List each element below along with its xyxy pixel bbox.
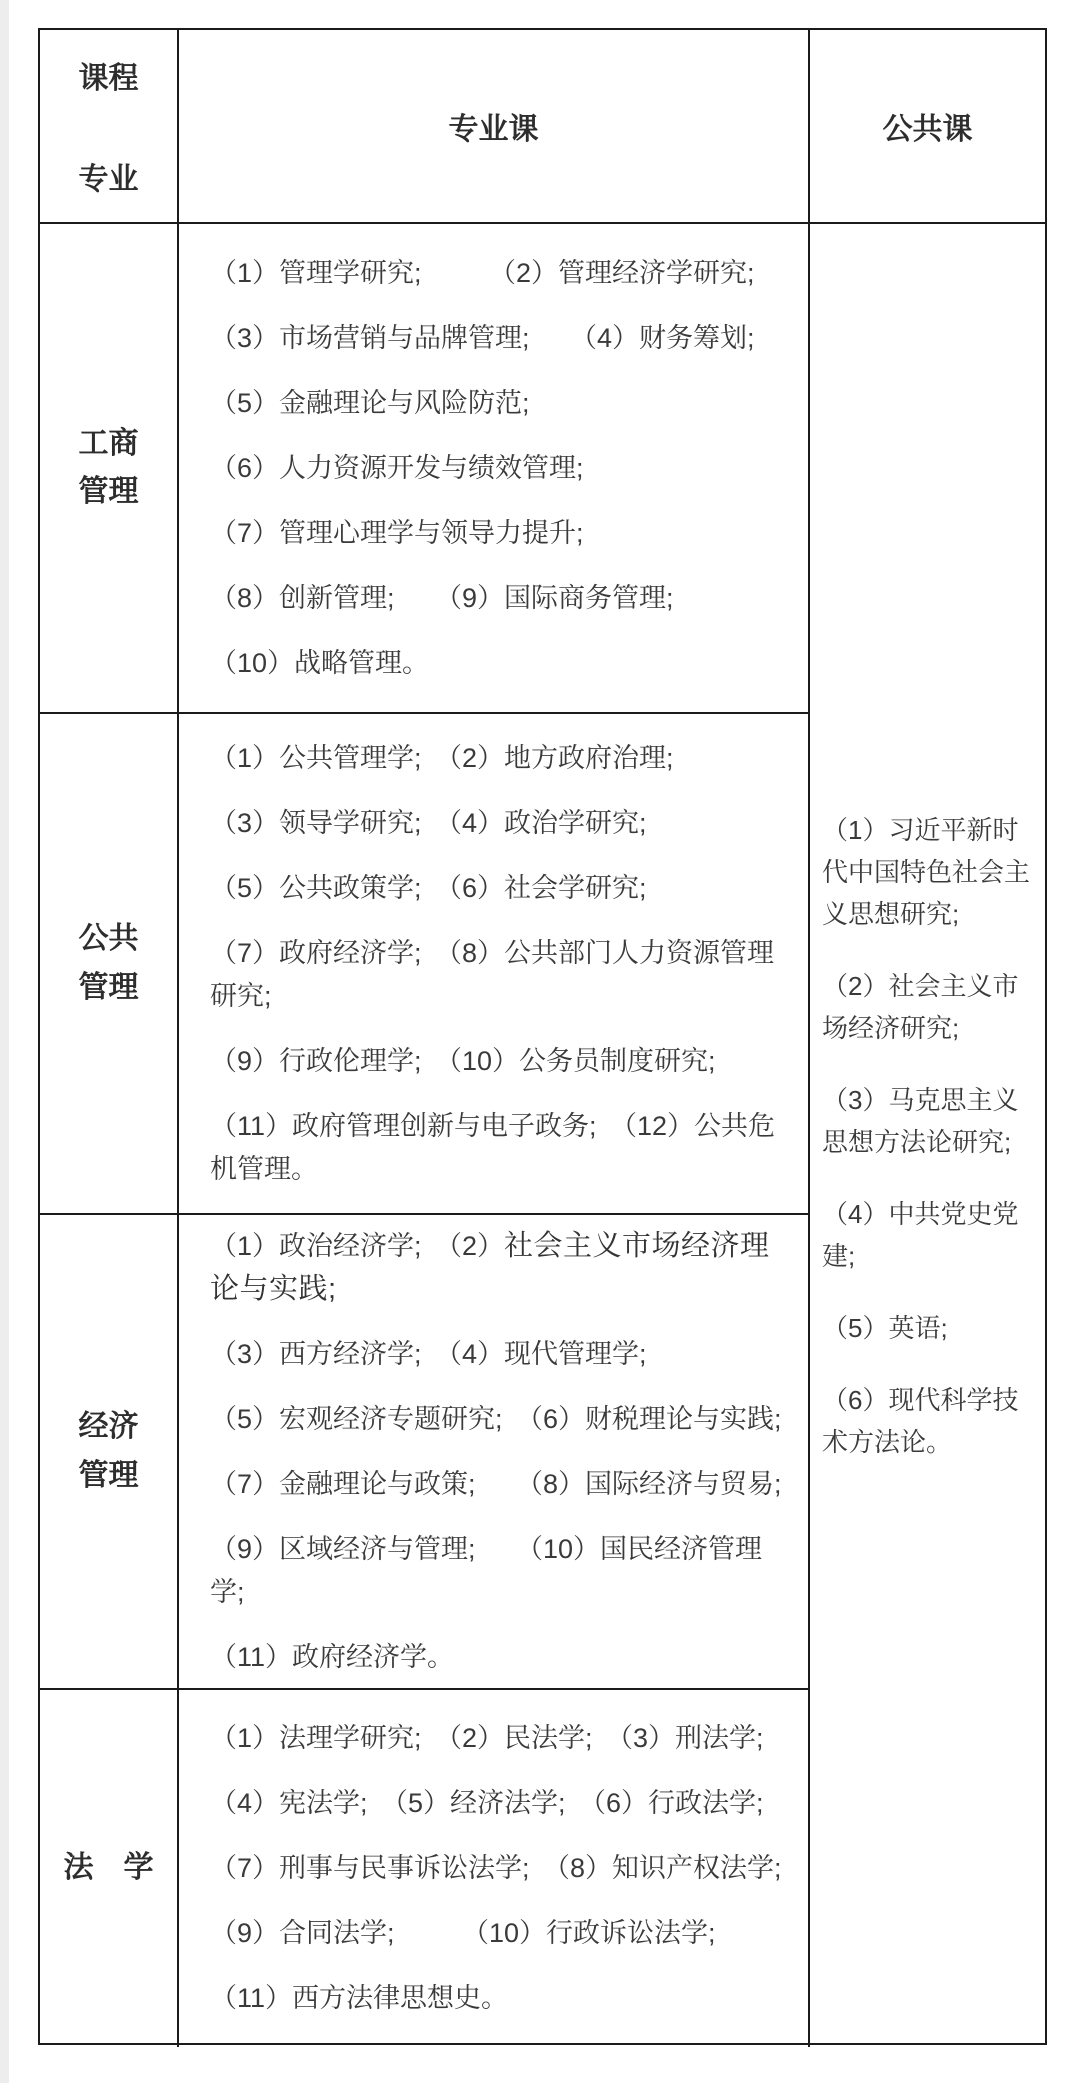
course-line: （7）刑事与民事诉讼法学; （8）知识产权法学; [210, 1847, 794, 1890]
course-line: （1）公共管理学; （2）地方政府治理; [210, 737, 794, 780]
page: 课程 专业 专业课 公共课 工商管理 （1）管理学研究; （2）管理经济学研究;… [0, 0, 1079, 2083]
major-label-line: 管理 [79, 971, 139, 1006]
course-line: （1）法理学研究; （2）民法学; （3）刑法学; [210, 1717, 794, 1760]
course-line: （5）金融理论与风险防范; [210, 382, 794, 425]
major-cell-law: 法 学 [40, 1690, 179, 2047]
course-line: （6）人力资源开发与绩效管理; [210, 447, 794, 490]
course-line: （5）公共政策学; （6）社会学研究; [210, 867, 794, 910]
course-line: （7）政府经济学; （8）公共部门人力资源管理研究; [210, 932, 794, 1018]
corner-label-major: 专业 [79, 163, 139, 196]
public-courses-cell: （1）习近平新时代中国特色社会主义思想研究;（2）社会主义市场经济研究;（3）马… [810, 224, 1045, 2047]
corner-label-courses: 课程 [79, 62, 139, 95]
course-line: （10）战略管理。 [210, 642, 794, 685]
public-course-line: （5）英语; [822, 1307, 1035, 1349]
course-line: （3）西方经济学; （4）现代管理学; [210, 1333, 794, 1376]
major-cell-public-admin: 公共管理 [40, 714, 179, 1215]
courses-cell-public-admin: （1）公共管理学; （2）地方政府治理;（3）领导学研究; （4）政治学研究;（… [179, 714, 810, 1215]
major-cell-economic-mgmt: 经济管理 [40, 1215, 179, 1690]
course-line: （9）区域经济与管理; （10）国民经济管理学; [210, 1528, 794, 1614]
course-line: （1）政治经济学; （2）社会主义市场经济理论与实践; [210, 1225, 794, 1311]
course-schedule-table: 课程 专业 专业课 公共课 工商管理 （1）管理学研究; （2）管理经济学研究;… [38, 28, 1047, 2045]
public-courses-header: 公共课 [810, 30, 1045, 224]
major-label-line: 工商 [79, 427, 139, 462]
public-course-line: （2）社会主义市场经济研究; [822, 965, 1035, 1049]
public-courses-header-label: 公共课 [883, 104, 973, 148]
page-edge-shadow [0, 0, 9, 2083]
professional-courses-header-label: 专业课 [449, 104, 539, 148]
course-line: （7）金融理论与政策; （8）国际经济与贸易; [210, 1463, 794, 1506]
public-course-line: （4）中共党史党建; [822, 1193, 1035, 1277]
courses-cell-business-admin: （1）管理学研究; （2）管理经济学研究;（3）市场营销与品牌管理; （4）财务… [179, 224, 810, 714]
major-label-line: 管理 [79, 1459, 139, 1494]
public-course-line: （6）现代科学技术方法论。 [822, 1379, 1035, 1463]
header-corner-cell: 课程 专业 [40, 30, 179, 224]
course-line: （11）政府经济学。 [210, 1636, 794, 1679]
course-line: （4）宪法学; （5）经济法学; （6）行政法学; [210, 1782, 794, 1825]
course-line: （8）创新管理; （9）国际商务管理; [210, 577, 794, 620]
professional-courses-header: 专业课 [179, 30, 810, 224]
course-line: （3）领导学研究; （4）政治学研究; [210, 802, 794, 845]
major-label-line: 管理 [79, 475, 139, 510]
course-line: （9）合同法学; （10）行政诉讼法学; [210, 1912, 794, 1955]
courses-cell-law: （1）法理学研究; （2）民法学; （3）刑法学;（4）宪法学; （5）经济法学… [179, 1690, 810, 2047]
course-line: （11）政府管理创新与电子政务; （12）公共危机管理。 [210, 1105, 794, 1191]
course-line: （1）管理学研究; （2）管理经济学研究; [210, 252, 794, 295]
major-cell-business-admin: 工商管理 [40, 224, 179, 714]
major-label-line: 法 学 [64, 1851, 154, 1886]
course-line: （7）管理心理学与领导力提升; [210, 512, 794, 555]
courses-cell-economic-mgmt: （1）政治经济学; （2）社会主义市场经济理论与实践;（3）西方经济学; （4）… [179, 1215, 810, 1690]
major-label-line: 经济 [79, 1410, 139, 1445]
public-course-line: （1）习近平新时代中国特色社会主义思想研究; [822, 809, 1035, 935]
course-line: （9）行政伦理学; （10）公务员制度研究; [210, 1040, 794, 1083]
course-line: （3）市场营销与品牌管理; （4）财务筹划; [210, 317, 794, 360]
public-course-line: （3）马克思主义思想方法论研究; [822, 1079, 1035, 1163]
course-line: （11）西方法律思想史。 [210, 1977, 794, 2020]
course-line: （5）宏观经济专题研究; （6）财税理论与实践; [210, 1398, 794, 1441]
major-label-line: 公共 [79, 922, 139, 957]
